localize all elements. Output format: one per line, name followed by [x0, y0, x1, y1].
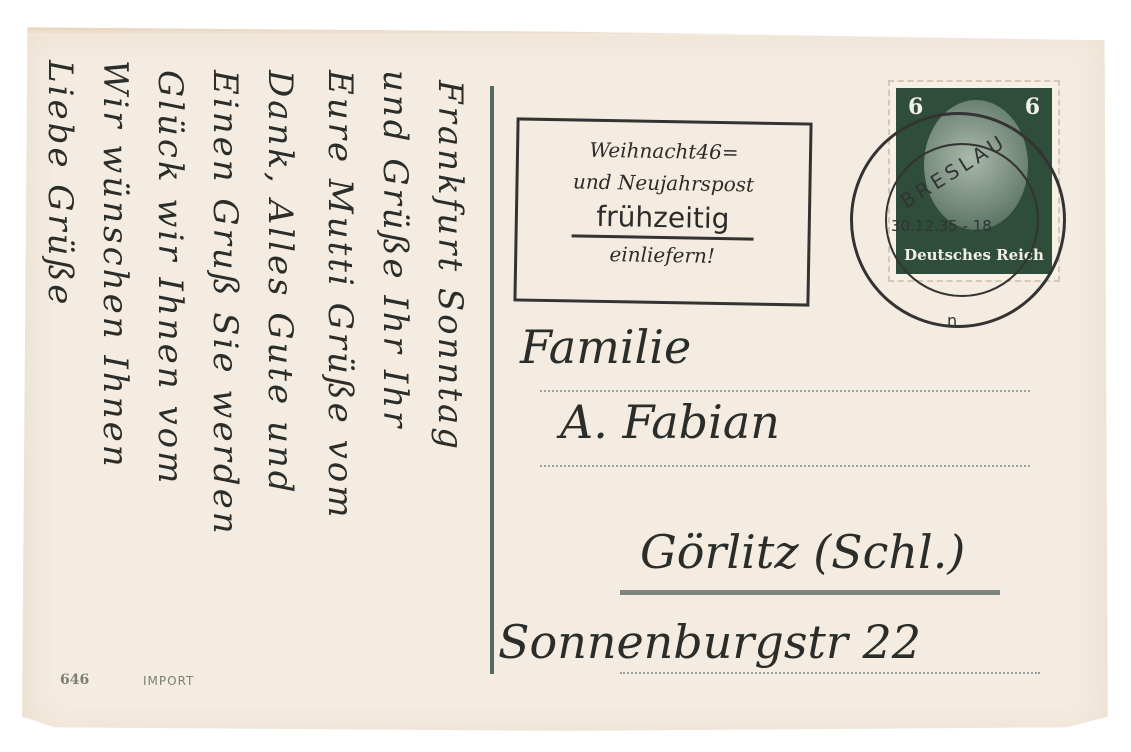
address-rule	[620, 590, 1000, 595]
printer-mark: IMPORT	[143, 674, 194, 688]
address-rule	[540, 465, 1030, 467]
address-rule	[620, 672, 1040, 674]
message-line: Glück wir Ihnen vom	[150, 70, 190, 486]
message-line: Liebe Grüße	[40, 60, 80, 307]
postmark: BRESLAU 30.12.35 - 18 n	[850, 112, 1066, 328]
slogan-line-3: frühzeitig	[572, 199, 754, 240]
message-line: und Grüße Ihr Ihr	[375, 70, 415, 430]
printer-number: 646	[60, 672, 89, 688]
postmark-date: 30.12.35 - 18	[891, 217, 992, 235]
message-line: Wir wünschen Ihnen	[95, 60, 135, 470]
message-line: Frankfurt Sonntag	[430, 80, 470, 452]
address-rule	[540, 390, 1030, 392]
slogan-line-1: Weihnacht46=	[519, 136, 809, 165]
address-line-2: A. Fabian	[560, 395, 780, 449]
stamp-denomination-right: 6	[1025, 94, 1040, 120]
postmark-code: n	[947, 311, 957, 330]
address-line-3: Görlitz (Schl.)	[640, 525, 965, 579]
message-line: Dank, Alles Gute und	[260, 70, 300, 496]
message-line: Eure Mutti Grüße vom	[320, 70, 360, 521]
slogan-line-4: einliefern!	[517, 240, 807, 269]
address-line-1: Familie	[520, 320, 691, 374]
message-line: Einen Gruß Sie werden	[205, 70, 245, 537]
postcard-divider-line	[490, 86, 494, 674]
address-line-4: Sonnenburgstr 22	[498, 615, 921, 669]
slogan-cancel-box: Weihnacht46= und Neujahrspost frühzeitig…	[513, 117, 812, 306]
stamp-denomination-left: 6	[908, 94, 923, 120]
slogan-line-2: und Neujahrspost	[518, 168, 808, 197]
